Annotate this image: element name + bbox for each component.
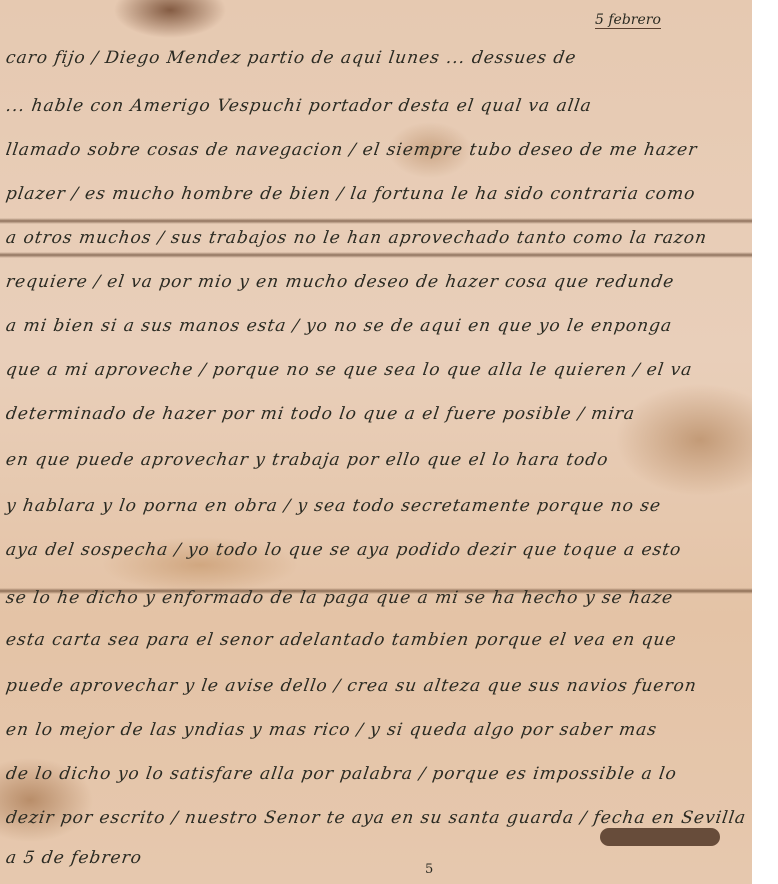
- text-line: a 5 de febrero: [5, 848, 144, 868]
- text-line: que a mi aproveche / porque no se que se…: [5, 360, 694, 380]
- text-line: a otros muchos / sus trabajos no le han …: [5, 228, 709, 248]
- text-line: y hablara y lo porna en obra / y sea tod…: [5, 496, 663, 516]
- text-line: en que puede aprovechar y trabaja por el…: [5, 450, 610, 470]
- text-line: se lo he dicho y enformado de la paga qu…: [5, 588, 675, 608]
- text-line: caro fijo / Diego Mendez partio de aqui …: [5, 48, 578, 68]
- date-heading: 5 febrero: [595, 12, 661, 29]
- text-line: ... hable con Amerigo Vespuchi portador …: [5, 96, 593, 116]
- text-line: en lo mejor de las yndias y mas rico / y…: [5, 720, 659, 740]
- paper-fold: [0, 252, 752, 258]
- text-line: puede aprovechar y le avise dello / crea…: [5, 676, 699, 696]
- text-line: esta carta sea para el senor adelantado …: [5, 630, 678, 650]
- text-line: a mi bien si a sus manos esta / yo no se…: [5, 316, 674, 336]
- text-line: requiere / el va por mio y en mucho dese…: [5, 272, 676, 292]
- text-line: dezir por escrito / nuestro Senor te aya…: [5, 808, 748, 828]
- paper-fold: [0, 218, 752, 224]
- text-line: de lo dicho yo lo satisfare alla por pal…: [5, 764, 679, 784]
- text-line: llamado sobre cosas de navegacion / el s…: [5, 140, 699, 160]
- page-number: 5: [425, 862, 433, 877]
- ink-blot: [600, 828, 720, 846]
- manuscript-page: 5 febrero caro fijo / Diego Mendez parti…: [0, 0, 752, 884]
- text-line: plazer / es mucho hombre de bien / la fo…: [5, 184, 697, 204]
- text-line: determinado de hazer por mi todo lo que …: [5, 404, 637, 424]
- text-line: aya del sospecha / yo todo lo que se aya…: [5, 540, 683, 560]
